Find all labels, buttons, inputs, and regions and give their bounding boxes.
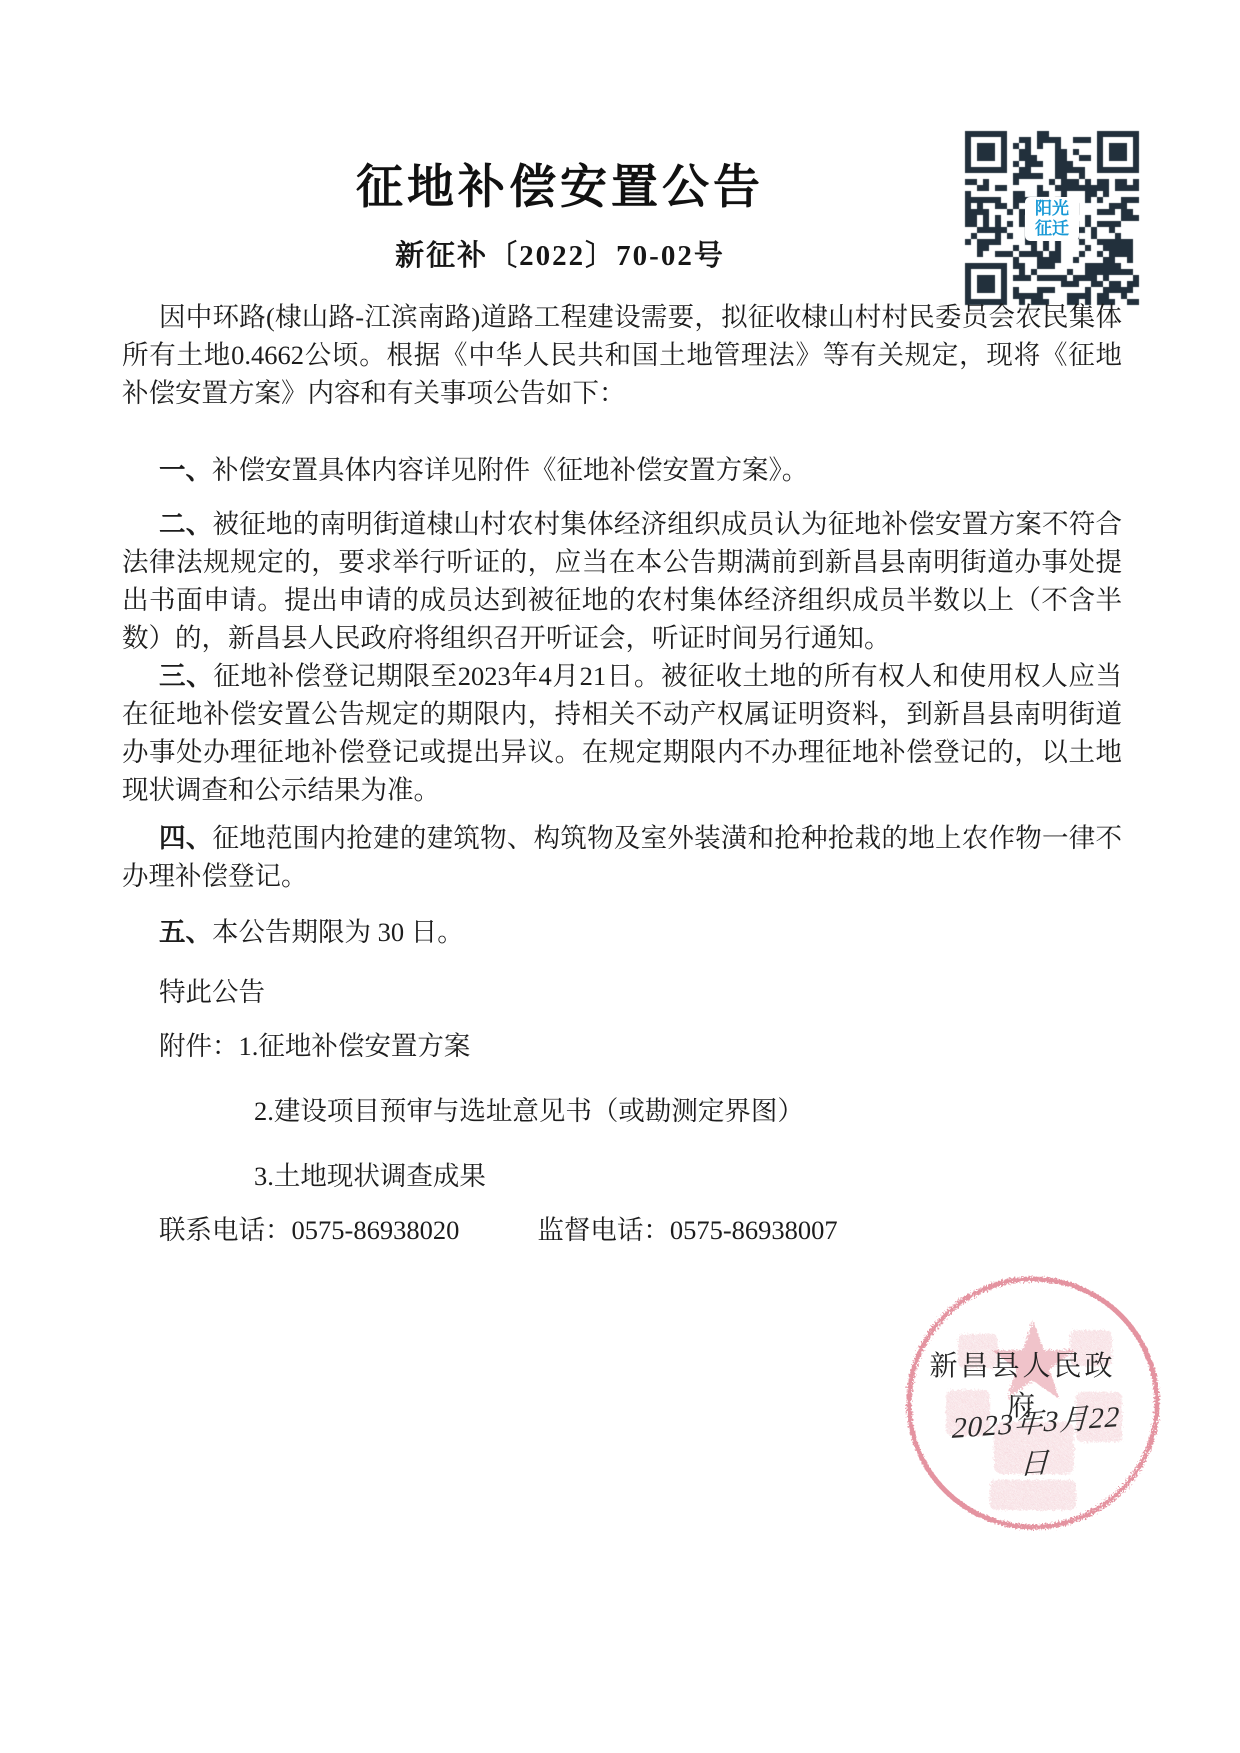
attachment-line-3: 3.土地现状调查成果 (122, 1157, 1122, 1195)
item-3-marker: 三、 (159, 661, 213, 691)
item-3: 三、征地补偿登记期限至2023年4月21日。被征收土地的所有权人和使用权人应当在… (122, 657, 1122, 809)
item-2-text: 被征地的南明街道棣山村农村集体经济组织成员认为征地补偿安置方案不符合法律法规规定… (122, 509, 1122, 653)
attachment-line-2: 2.建设项目预审与选址意见书（或勘测定界图） (122, 1092, 1122, 1130)
contact-phone: 联系电话：0575-86938020 (159, 1211, 459, 1249)
qr-label-line2: 征迁 (1035, 219, 1069, 239)
document-title: 征地补偿安置公告 (60, 150, 1060, 217)
attachment-item-1: 1.征地补偿安置方案 (239, 1031, 471, 1061)
document-body: 因中环路(棣山路-江滨南路)道路工程建设需要，拟征收棣山村村民委员会农民集体所有… (122, 298, 1122, 1249)
attachments-label: 附件： (159, 1031, 239, 1061)
signature-date-handwritten: 2023年3月22日 (942, 1393, 1129, 1488)
attachment-line-1: 附件：1.征地补偿安置方案 (122, 1027, 1122, 1065)
item-1-marker: 一、 (159, 455, 212, 485)
contact-line: 联系电话：0575-86938020 监督电话：0575-86938007 (122, 1211, 1122, 1249)
item-2-marker: 二、 (159, 509, 213, 539)
item-5-marker: 五、 (159, 917, 212, 947)
item-4-text: 征地范围内抢建的建筑物、构筑物及室外装潢和抢种抢栽的地上农作物一律不办理补偿登记… (122, 823, 1122, 891)
supervision-phone: 监督电话：0575-86938007 (537, 1211, 837, 1249)
item-4-marker: 四、 (159, 823, 213, 853)
qr-center-label: 阳光 征迁 (1025, 197, 1079, 241)
item-1: 一、补偿安置具体内容详见附件《征地补偿安置方案》。 (122, 451, 1122, 489)
item-5-text: 本公告期限为 30 日。 (212, 917, 464, 947)
item-5: 五、本公告期限为 30 日。 (122, 913, 1122, 951)
announcement-page: 征地补偿安置公告 新征补〔2022〕70-02号 阳光 征迁 因中环路(棣山路-… (0, 0, 1240, 1753)
document-number: 新征补〔2022〕70-02号 (60, 233, 1060, 274)
qr-label-line1: 阳光 (1035, 199, 1069, 219)
closing-statement: 特此公告 (122, 973, 1122, 1011)
qr-code: 阳光 征迁 (962, 128, 1142, 308)
item-2: 二、被征地的南明街道棣山村农村集体经济组织成员认为征地补偿安置方案不符合法律法规… (122, 505, 1122, 657)
item-4: 四、征地范围内抢建的建筑物、构筑物及室外装潢和抢种抢栽的地上农作物一律不办理补偿… (122, 819, 1122, 895)
intro-paragraph: 因中环路(棣山路-江滨南路)道路工程建设需要，拟征收棣山村村民委员会农民集体所有… (122, 298, 1122, 412)
item-1-text: 补偿安置具体内容详见附件《征地补偿安置方案》。 (212, 455, 808, 485)
item-3-text: 征地补偿登记期限至2023年4月21日。被征收土地的所有权人和使用权人应当在征地… (122, 661, 1122, 805)
